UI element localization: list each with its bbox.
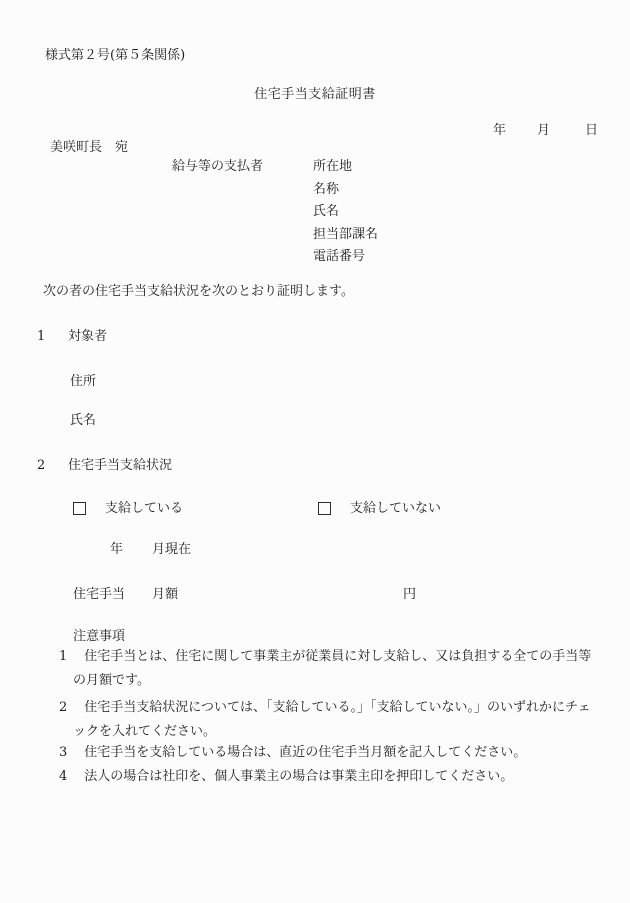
form-number: 様式第２号(第５条関係) [45, 49, 185, 62]
amount-unit-label: 円 [403, 588, 416, 601]
date-year-label: 年 [493, 124, 506, 137]
amount-monthly-label: 月額 [152, 588, 178, 601]
section1-address-label: 住所 [70, 375, 96, 388]
amount-prefix-label: 住宅手当 [73, 588, 125, 601]
payer-field-name-label: 名称 [313, 183, 339, 196]
note-4-number: 4 [59, 769, 67, 784]
section1-number: 1 [37, 330, 45, 343]
payer-label: 給与等の支払者 [172, 160, 263, 173]
payer-field-department-label: 担当部課名 [313, 228, 378, 241]
notes-heading: 注意事項 [73, 630, 125, 643]
note-4-text: 法人の場合は社印を、個人事業主の場合は事業主印を押印してください。 [84, 769, 513, 784]
certification-statement: 次の者の住宅手当支給状況を次のとおり証明します。 [43, 285, 354, 298]
date-day-label: 日 [585, 124, 598, 137]
section2-number: 2 [37, 459, 45, 472]
checkbox-not-paying-label: 支給していない [350, 502, 441, 515]
note-2-text: 住宅手当支給状況については、「支給している。」「支給していない。」のいずれかにチ… [73, 700, 591, 739]
date-month-label: 月 [537, 124, 550, 137]
addressee: 美咲町長 宛 [50, 141, 128, 154]
housing-allowance-certificate-form: 様式第２号(第５条関係) 住宅手当支給証明書 年 月 日 美咲町長 宛 給与等の… [0, 0, 630, 903]
note-3-text: 住宅手当を支給している場合は、直近の住宅手当月額を記入してください。 [84, 745, 526, 760]
note-2-number: 2 [59, 700, 67, 715]
checkbox-not-paying[interactable] [318, 502, 331, 515]
asof-year-label: 年 [110, 543, 123, 556]
asof-month-label: 月現在 [152, 543, 191, 556]
section2-title: 住宅手当支給状況 [68, 459, 172, 472]
payer-field-person-label: 氏名 [313, 205, 339, 218]
checkbox-paying-label: 支給している [105, 502, 183, 515]
note-item-2: 2住宅手当支給状況については、「支給している。」「支給していない。」のいずれかに… [59, 696, 600, 744]
section1-name-label: 氏名 [70, 414, 96, 427]
note-item-4: 4法人の場合は社印を、個人事業主の場合は事業主印を押印してください。 [59, 765, 600, 789]
note-3-number: 3 [59, 745, 67, 760]
note-item-1: 1住宅手当とは、住宅に関して事業主が従業員に対し支給し、又は負担する全ての手当等… [59, 645, 600, 693]
page-title: 住宅手当支給証明書 [0, 88, 630, 101]
payer-field-location-label: 所在地 [313, 160, 352, 173]
note-1-number: 1 [59, 649, 67, 664]
note-1-text: 住宅手当とは、住宅に関して事業主が従業員に対し支給し、又は負担する全ての手当等の… [73, 649, 591, 688]
checkbox-paying[interactable] [73, 502, 86, 515]
section1-title: 対象者 [68, 330, 107, 343]
payer-field-phone-label: 電話番号 [313, 250, 365, 263]
note-item-3: 3住宅手当を支給している場合は、直近の住宅手当月額を記入してください。 [59, 741, 600, 765]
